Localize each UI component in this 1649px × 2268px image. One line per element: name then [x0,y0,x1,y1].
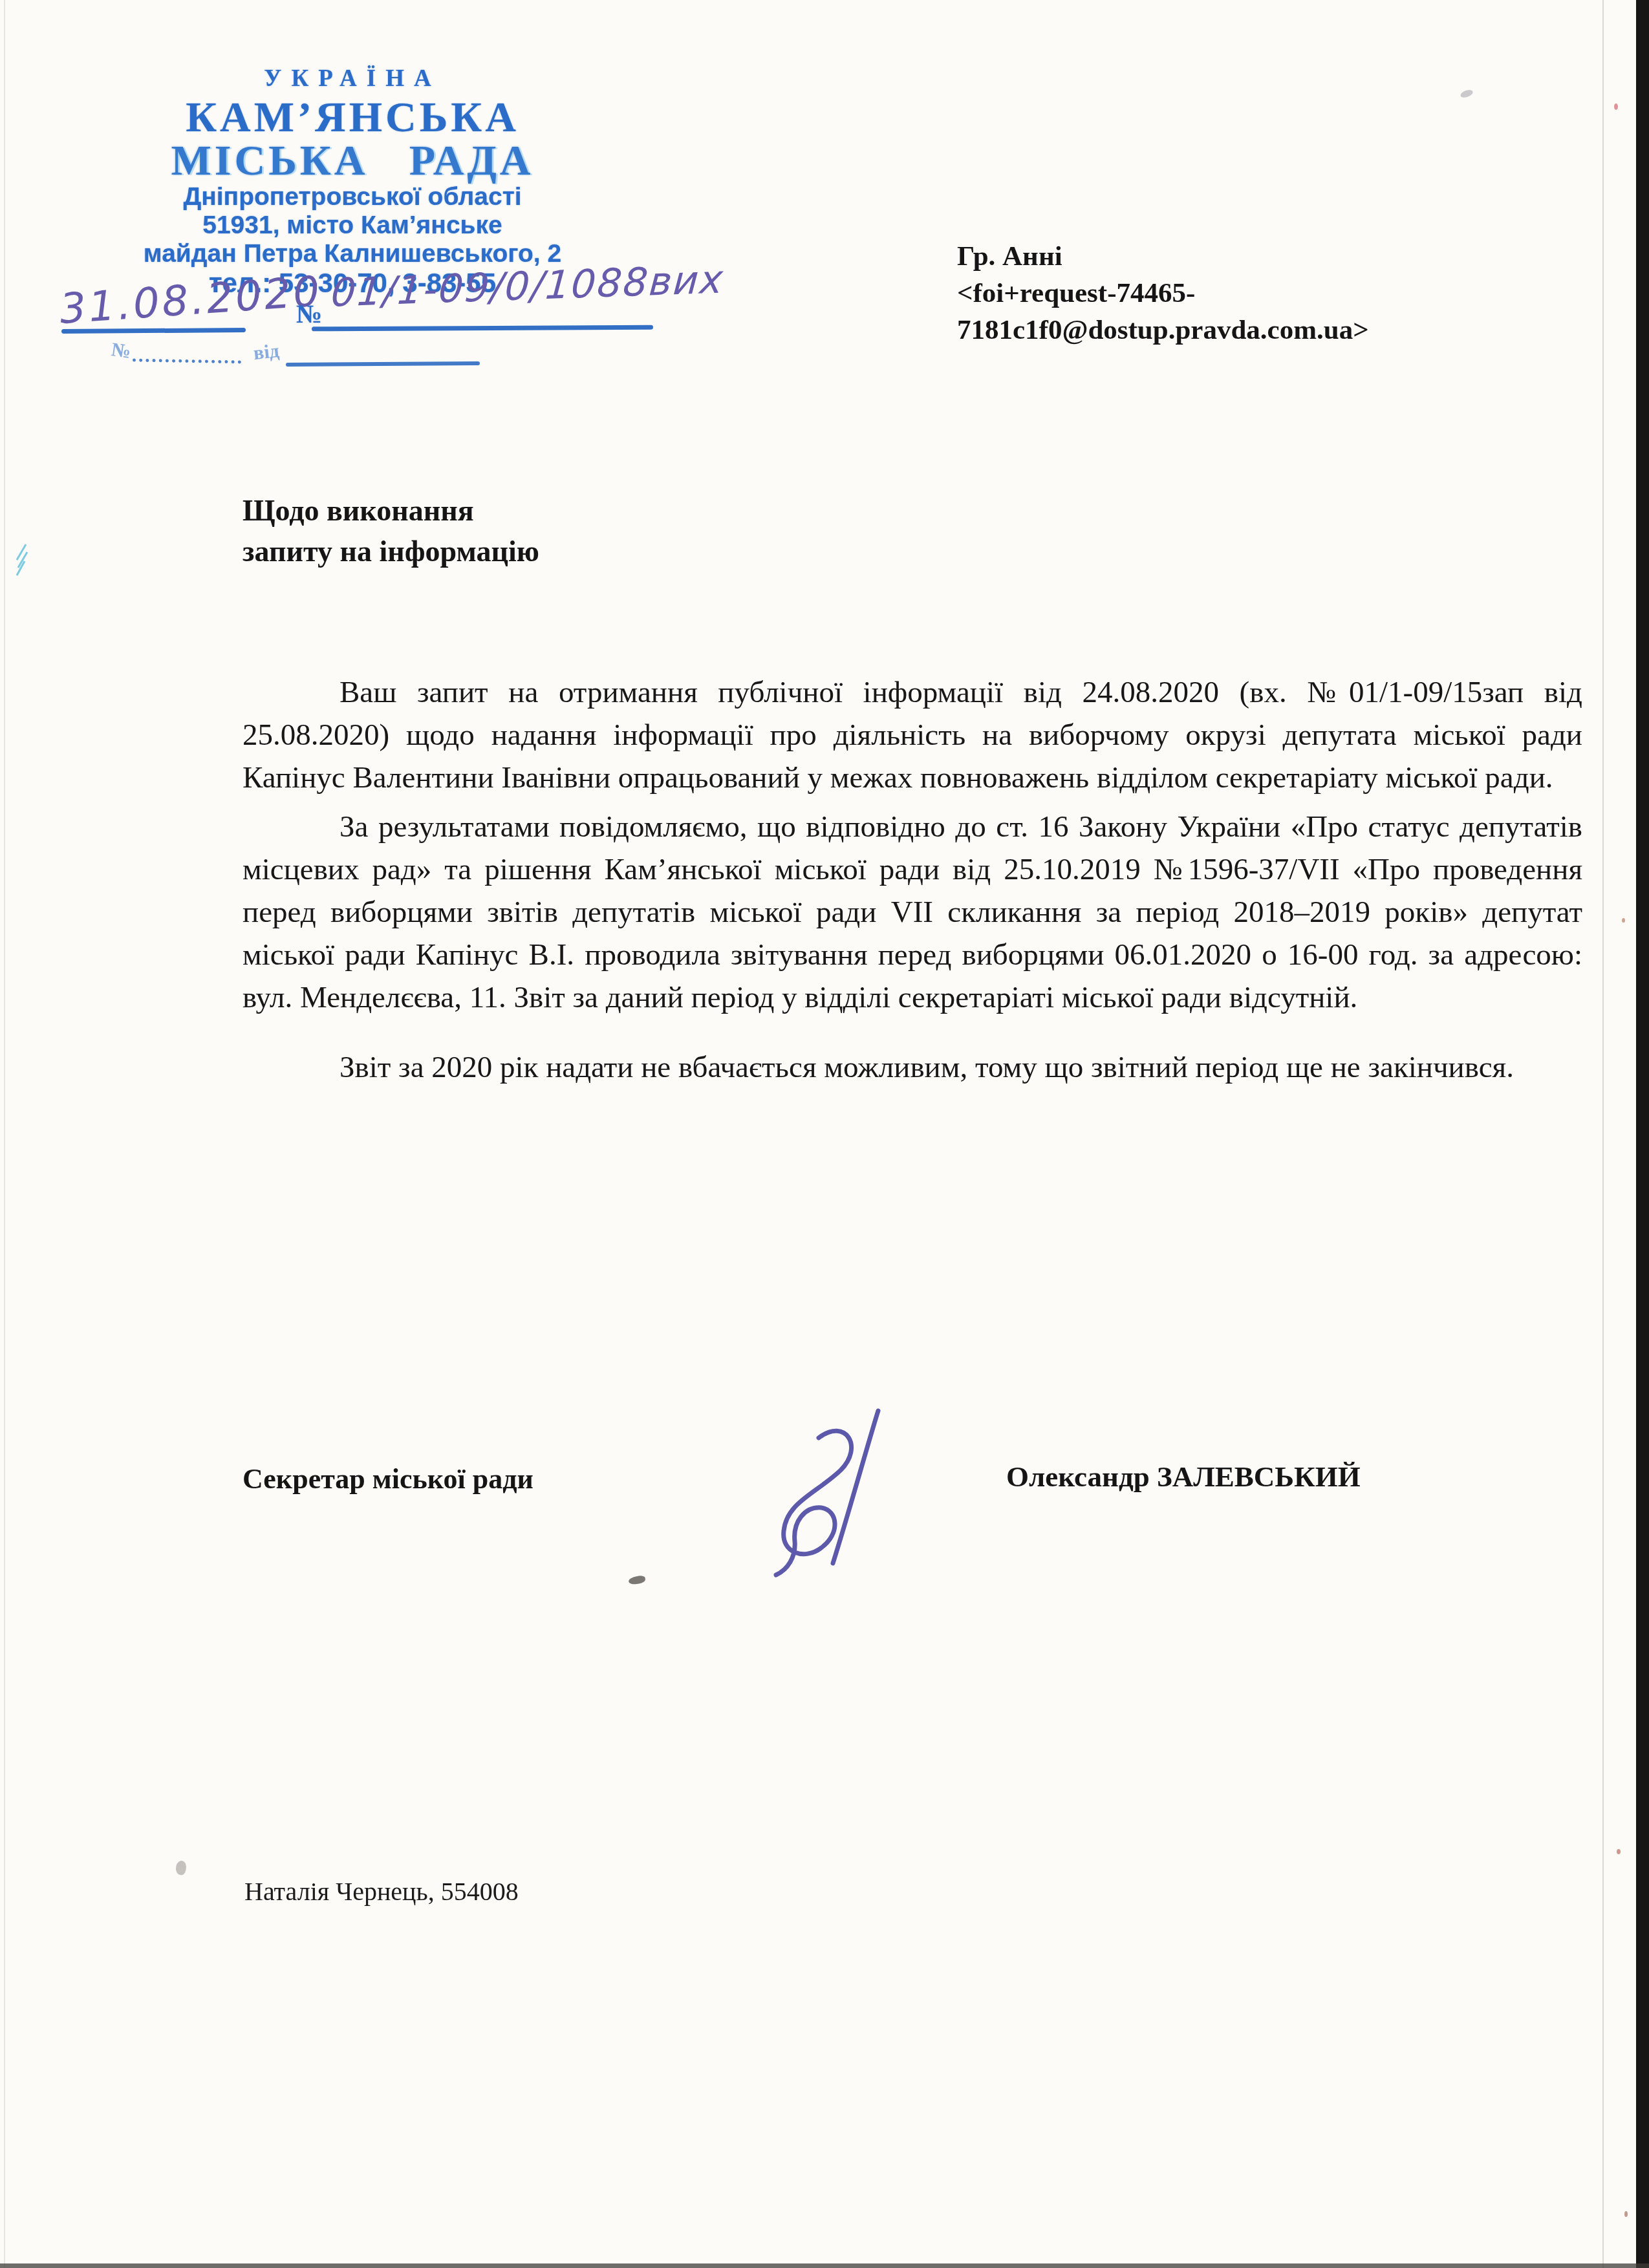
scan-left-edge [4,0,5,2268]
stamp-form-solid-line [286,361,480,367]
recipient-email-line2: 7181c1f0@dostup.pravda.com.ua> [957,312,1539,348]
scanned-letter-page: УКРАЇНА КАМ’ЯНСЬКА МІСЬКА РАДА Дніпропет… [0,0,1649,2268]
body-paragraph-3: Звіт за 2020 рік надати не вбачається мо… [242,1046,1582,1089]
stamp-form-from-label: від [252,340,280,365]
letterhead-org-name-line2: МІСЬКА РАДА [97,139,608,183]
handwritten-signature [744,1404,905,1589]
subject-block: Щодо виконання запиту на інформацію [242,490,539,572]
stamp-form-underline-date [61,328,246,334]
body-paragraph-2: За результатами повідомляємо, що відпові… [242,806,1582,1019]
scan-smudge [628,1575,645,1585]
recipient-name: Гр. Анні [957,238,1539,275]
signer-title: Секретар міської ради [242,1462,533,1495]
letter-body: Ваш запит на отримання публічної інформа… [242,671,1582,1095]
letterhead-org-name-line1: КАМ’ЯНСЬКА [97,96,608,139]
recipient-email-line1: <foi+request-74465- [957,275,1539,312]
body-paragraph-1: Ваш запит на отримання публічної інформа… [242,671,1582,799]
scan-bottom-edge [0,2263,1649,2268]
subject-line1: Щодо виконання [242,490,539,531]
letterhead-region: Дніпропетровської області [97,183,608,211]
stamp-form-underline-number [312,325,653,332]
letterhead-address-line1: 51931, місто Кам’янське [97,211,608,240]
letterhead-country: УКРАЇНА [97,65,608,92]
signer-name: Олександр ЗАЛЕВСЬКИЙ [1006,1460,1361,1493]
number-sign: № [296,299,322,329]
stamp-form-number-label: № [110,339,133,363]
executor-line: Наталія Чернець, 554008 [244,1876,519,1907]
scan-speckle [1614,103,1618,110]
scan-smudge [175,1859,188,1876]
stamp-form-dotted-line [133,359,241,364]
scan-right-gap-line [1602,0,1604,2268]
scan-smudge [1460,89,1474,99]
scan-right-black-band [1636,0,1649,2268]
scan-speckle [1617,1849,1621,1854]
margin-ink-mark [13,542,30,578]
scan-speckle [1622,918,1625,923]
subject-line2: запиту на інформацію [242,531,539,572]
scan-speckle [1624,2211,1628,2217]
recipient-block: Гр. Анні <foi+request-74465- 7181c1f0@do… [957,238,1539,348]
